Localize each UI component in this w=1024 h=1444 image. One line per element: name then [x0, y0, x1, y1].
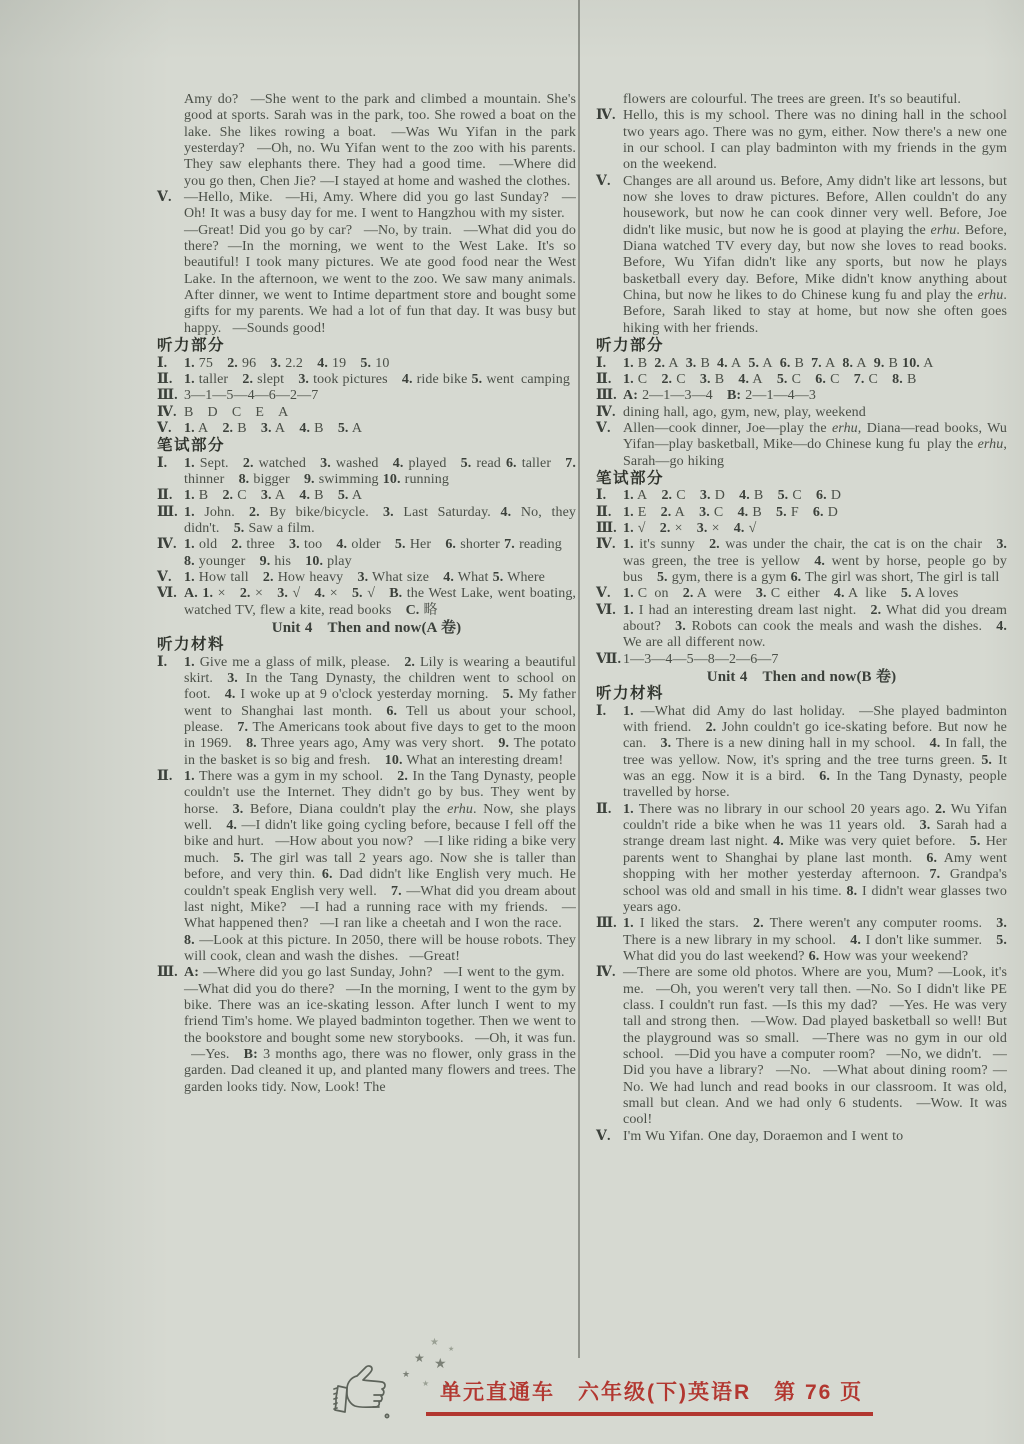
answer-item: Ⅴ.I'm Wu Yifan. One day, Doraemon and I …	[596, 1129, 1007, 1145]
item-label: Ⅲ.	[596, 521, 623, 537]
answer-item: Ⅳ.Hello, this is my school. There was no…	[596, 108, 1007, 173]
item-label: Ⅱ.	[596, 372, 623, 388]
item-label: Ⅳ.	[157, 537, 184, 553]
answer-item: Ⅱ.1. taller 2. slept 3. took pictures 4.…	[157, 372, 576, 388]
section-header: 笔试部分	[157, 438, 576, 454]
item-label: Ⅳ.	[157, 405, 184, 421]
answer-item: Ⅲ.1. I liked the stars. 2. There weren't…	[596, 916, 1007, 965]
continuation-paragraph: flowers are colourful. The trees are gre…	[596, 92, 1007, 108]
answer-item: Ⅰ.1. 75 2. 96 3. 2.2 4. 19 5. 10	[157, 356, 576, 372]
item-label: Ⅲ.	[596, 916, 623, 932]
answer-item: Ⅳ.1. it's sunny 2. was under the chair, …	[596, 537, 1007, 586]
item-label: Ⅰ.	[596, 488, 623, 504]
answer-item: Ⅲ.A: —Where did you go last Sunday, John…	[157, 965, 576, 1096]
answer-item: Ⅰ.1. Sept. 2. watched 3. washed 4. playe…	[157, 456, 576, 489]
unit-title: Unit 4 Then and now(A 卷)	[157, 620, 576, 636]
section-header: 笔试部分	[596, 471, 1007, 487]
item-label: Ⅰ.	[157, 356, 184, 372]
answer-item: Ⅴ.1. A 2. B 3. A 4. B 5. A	[157, 421, 576, 437]
section-header: 听力材料	[157, 637, 576, 653]
item-label: Ⅴ.	[596, 586, 623, 602]
answer-item: Ⅱ.1. C 2. C 3. B 4. A 5. C 6. C 7. C 8. …	[596, 372, 1007, 388]
answer-item: Ⅳ.dining hall, ago, gym, new, play, week…	[596, 405, 1007, 421]
footer-text: 单元直通车 六年级(下)英语R 第 76 页	[426, 1376, 873, 1416]
page-footer: ★ ★ ★ ★ ★ ★ ★ 单元直通车 六年级(下)英语R 第 76 页	[330, 1336, 870, 1440]
item-label: Ⅳ.	[596, 108, 623, 124]
left-column: Amy do? —She went to the park and climbe…	[157, 92, 576, 1096]
section-header: 听力部分	[596, 338, 1007, 354]
answer-item: Ⅳ.B D C E A	[157, 405, 576, 421]
item-label: Ⅲ.	[157, 388, 184, 404]
item-label: Ⅲ.	[157, 965, 184, 981]
item-label: Ⅰ.	[157, 456, 184, 472]
item-label: Ⅶ.	[596, 652, 623, 668]
answer-item: Ⅲ.3—1—5—4—6—2—7	[157, 388, 576, 404]
answer-item: Ⅱ.1. There was a gym in my school. 2. In…	[157, 769, 576, 965]
answer-item: Ⅴ.Allen—cook dinner, Joe—play the erhu, …	[596, 421, 1007, 470]
item-label: Ⅲ.	[596, 388, 623, 404]
item-label: Ⅴ.	[596, 174, 623, 190]
item-label: Ⅴ.	[596, 421, 623, 437]
item-label: Ⅱ.	[157, 488, 184, 504]
answer-item: Ⅶ.1—3—4—5—8—2—6—7	[596, 652, 1007, 668]
column-divider	[578, 0, 580, 1358]
answer-item: Ⅴ.1. How tall 2. How heavy 3. What size …	[157, 570, 576, 586]
section-header: 听力材料	[596, 686, 1007, 702]
item-label: Ⅳ.	[596, 965, 623, 981]
item-label: Ⅱ.	[596, 802, 623, 818]
item-label: Ⅳ.	[596, 537, 623, 553]
answer-item: Ⅳ.—There are some old photos. Where are …	[596, 965, 1007, 1128]
item-label: Ⅳ.	[596, 405, 623, 421]
item-label: Ⅰ.	[596, 704, 623, 720]
answer-item: Ⅰ.1. Give me a glass of milk, please. 2.…	[157, 655, 576, 769]
answer-item: Ⅴ.Changes are all around us. Before, Amy…	[596, 174, 1007, 337]
answer-item: Ⅰ.1. A 2. C 3. D 4. B 5. C 6. D	[596, 488, 1007, 504]
answer-item: Ⅰ.1. B 2. A 3. B 4. A 5. A 6. B 7. A 8. …	[596, 356, 1007, 372]
item-label: Ⅴ.	[157, 421, 184, 437]
answer-item: Ⅱ.1. B 2. C 3. A 4. B 5. A	[157, 488, 576, 504]
answer-item: Ⅱ.1. E 2. A 3. C 4. B 5. F 6. D	[596, 505, 1007, 521]
item-label: Ⅴ.	[596, 1129, 623, 1145]
answer-item: Ⅱ.1. There was no library in our school …	[596, 802, 1007, 916]
right-column: flowers are colourful. The trees are gre…	[596, 92, 1007, 1145]
item-label: Ⅱ.	[157, 769, 184, 785]
thumbs-up-icon	[330, 1358, 400, 1426]
answer-item: Ⅰ.1. —What did Amy do last holiday. —She…	[596, 704, 1007, 802]
answer-item: Ⅴ.—Hello, Mike. —Hi, Amy. Where did you …	[157, 190, 576, 337]
unit-title: Unit 4 Then and now(B 卷)	[596, 669, 1007, 685]
answer-item: Ⅲ.1. John. 2. By bike/bicycle. 3. Last S…	[157, 505, 576, 538]
item-label: Ⅴ.	[157, 570, 184, 586]
item-label: Ⅱ.	[157, 372, 184, 388]
answer-item: Ⅲ.A: 2—1—3—4 B: 2—1—4—3	[596, 388, 1007, 404]
item-label: Ⅱ.	[596, 505, 623, 521]
item-label: Ⅴ.	[157, 190, 184, 206]
answer-item: Ⅲ.1. √ 2. × 3. × 4. √	[596, 521, 1007, 537]
section-header: 听力部分	[157, 338, 576, 354]
continuation-paragraph: Amy do? —She went to the park and climbe…	[157, 92, 576, 190]
item-label: Ⅵ.	[596, 603, 623, 619]
item-label: Ⅲ.	[157, 505, 184, 521]
item-label: Ⅰ.	[596, 356, 623, 372]
item-label: Ⅵ.	[157, 586, 184, 602]
answer-item: Ⅵ.1. I had an interesting dream last nig…	[596, 603, 1007, 652]
answer-item: Ⅴ.1. C on 2. A were 3. C either 4. A lik…	[596, 586, 1007, 602]
answer-item: Ⅳ.1. old 2. three 3. too 4. older 5. Her…	[157, 537, 576, 570]
answer-item: Ⅵ.A. 1. × 2. × 3. √ 4. × 5. √ B. the Wes…	[157, 586, 576, 619]
item-label: Ⅰ.	[157, 655, 184, 671]
